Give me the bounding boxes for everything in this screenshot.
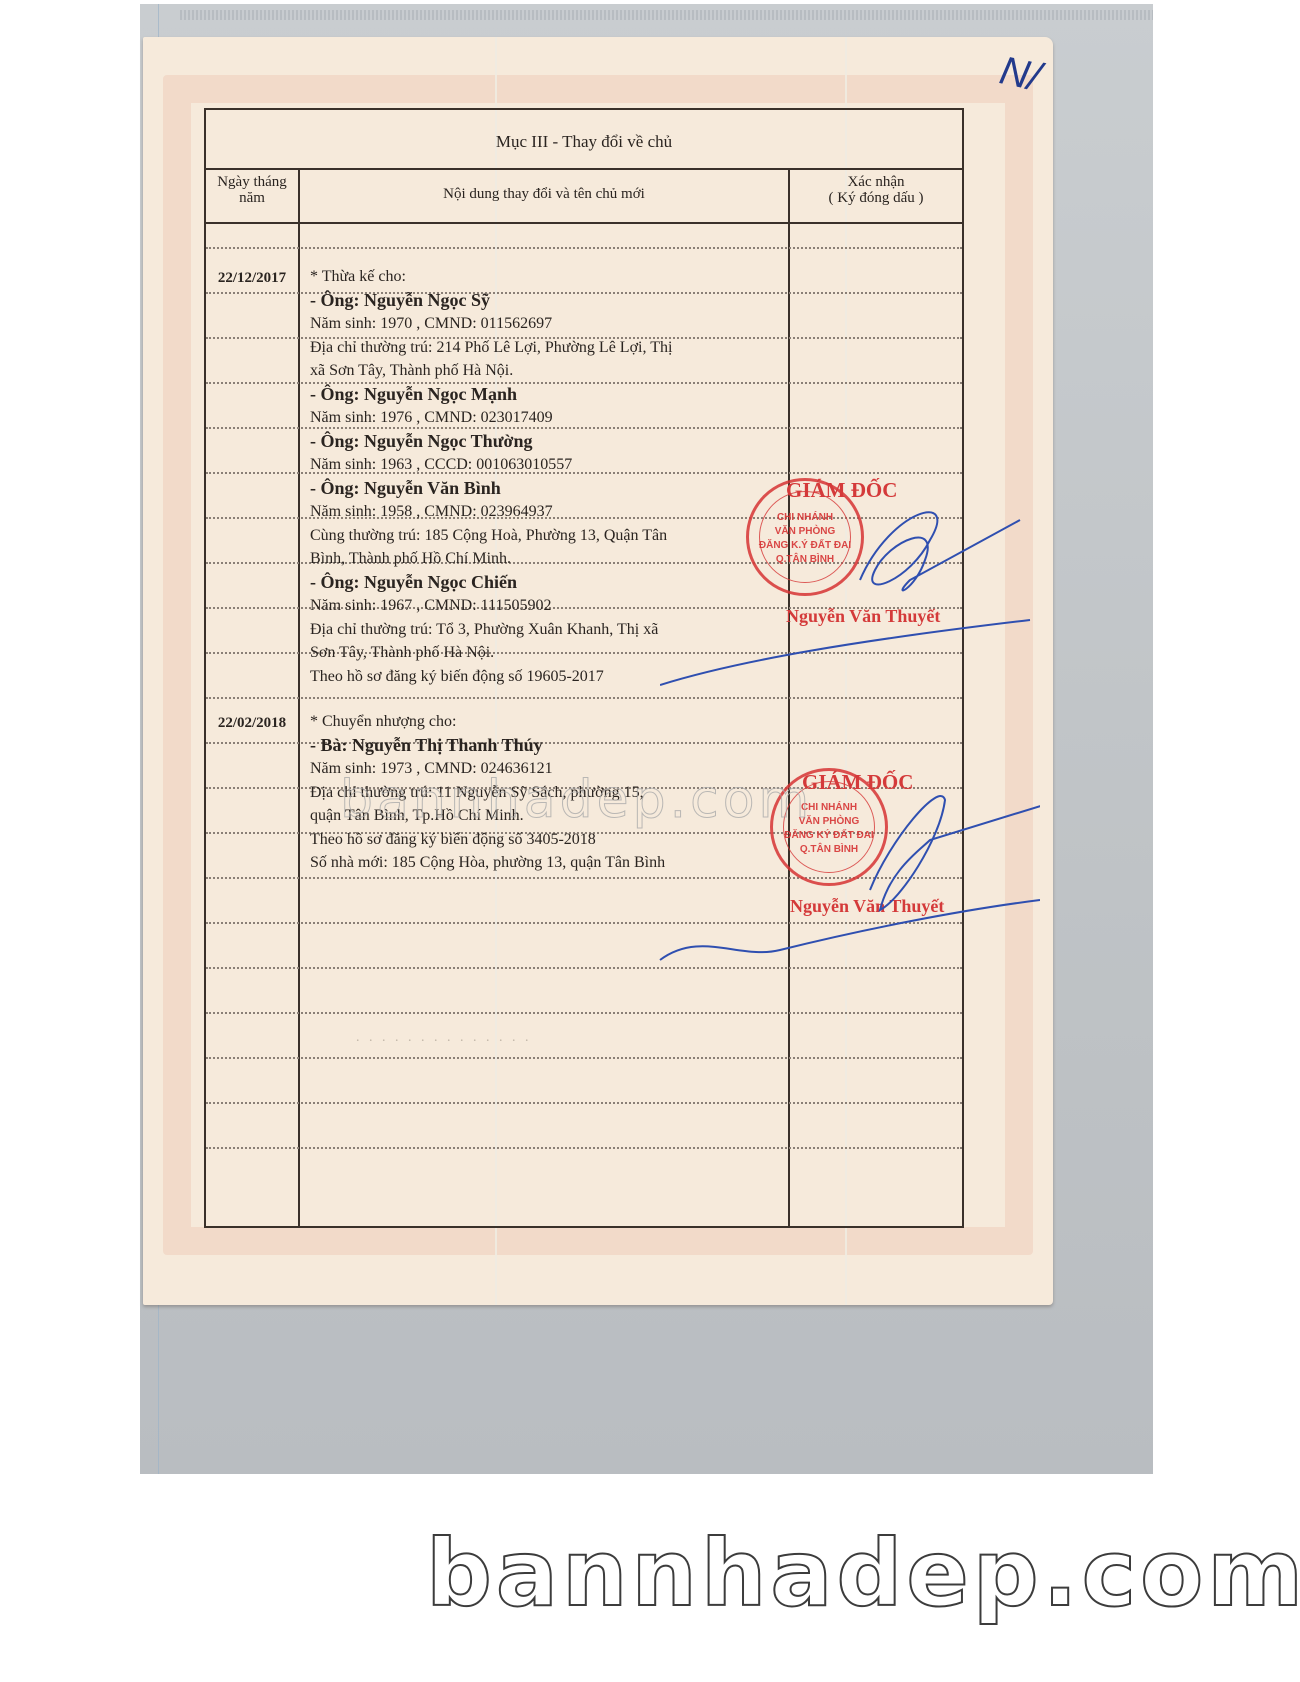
- header-confirm-line2: ( Ký đóng dấu ): [790, 190, 962, 206]
- header-confirm-line1: Xác nhận: [790, 174, 962, 190]
- ruling-line: [206, 1102, 962, 1104]
- heir-name: - Ông: Nguyễn Ngọc Thường: [310, 430, 780, 454]
- ruling-line: [206, 1147, 962, 1149]
- entry-line: * Chuyển nhượng cho:: [310, 710, 780, 734]
- signature-icon: [660, 470, 1040, 700]
- sleeve-edge: [180, 10, 1153, 20]
- table-header: Ngày tháng năm Nội dung thay đổi và tên …: [206, 168, 962, 224]
- heir-name: - Ông: Nguyễn Ngọc Mạnh: [310, 383, 780, 407]
- entry-line: Địa chỉ thường trú: 214 Phố Lê Lợi, Phườ…: [310, 336, 780, 360]
- header-date-line1: Ngày tháng: [206, 174, 298, 190]
- bleed-through-text: . . . . . . . . . . . . . .: [356, 1030, 532, 1046]
- footer-watermark: bannhadep.com: [426, 1520, 1300, 1627]
- ruling-line: [206, 247, 962, 249]
- section-title: Mục III - Thay đổi về chủ: [206, 110, 962, 170]
- inline-watermark: bannhadep.com: [340, 770, 813, 830]
- entry-line: Năm sinh: 1976 , CMND: 023017409: [310, 406, 780, 430]
- header-date-line2: năm: [206, 190, 298, 206]
- header-confirm: Xác nhận ( Ký đóng dấu ): [790, 174, 962, 206]
- header-content: Nội dung thay đổi và tên chủ mới: [300, 186, 788, 203]
- heir-name: - Ông: Nguyễn Ngọc Sỹ: [310, 289, 780, 313]
- ruling-line: [206, 1057, 962, 1059]
- entry-line: * Thừa kế cho:: [310, 265, 780, 289]
- entry-line: Năm sinh: 1970 , CMND: 011562697: [310, 312, 780, 336]
- entry-line: xã Sơn Tây, Thành phố Hà Nội.: [310, 359, 780, 383]
- entry-date: 22/02/2018: [206, 715, 298, 732]
- entry-date: 22/12/2017: [206, 270, 298, 287]
- header-date: Ngày tháng năm: [206, 174, 298, 206]
- ruling-line: [206, 1012, 962, 1014]
- buyer-name: - Bà: Nguyễn Thị Thanh Thúy: [310, 734, 780, 758]
